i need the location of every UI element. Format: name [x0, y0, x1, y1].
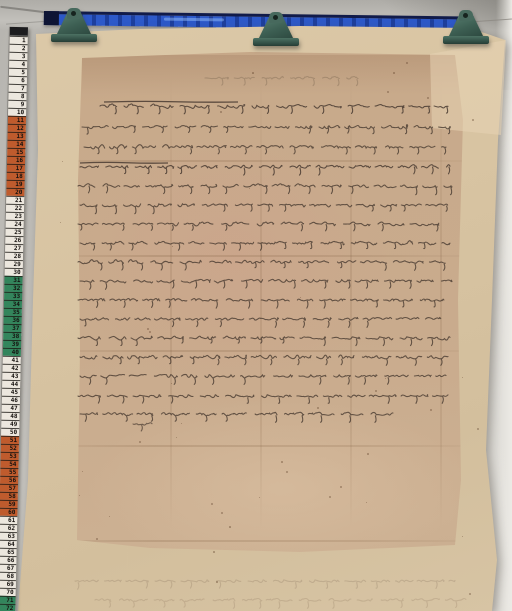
paper-speck [213, 551, 215, 553]
clip-jaw [51, 34, 97, 42]
paper-speck [317, 407, 319, 409]
paper-speck [229, 526, 231, 528]
clip-pivot-knob [459, 10, 473, 21]
vertical-crease [440, 55, 442, 550]
vertical-crease [350, 55, 352, 550]
photo-scene: 1234567891011121314151617181920212223242… [0, 0, 512, 611]
paper-speck [393, 72, 395, 74]
clip-pivot-knob [67, 8, 81, 19]
paper-speck [216, 581, 218, 583]
paper-speck [430, 409, 432, 411]
vertical-crease [170, 55, 172, 550]
binder-clip-left [51, 8, 97, 42]
vertical-crease [260, 55, 262, 550]
paper-speck [472, 119, 474, 121]
paper-speck [281, 461, 283, 463]
binder-clip-middle [253, 12, 299, 46]
paper-speck [60, 222, 61, 223]
clip-pivot-knob [269, 12, 283, 23]
ruler-unit-72: 72 [0, 604, 15, 611]
paper-speck [340, 486, 342, 488]
paper-speck [149, 331, 151, 333]
binder-clip-right [443, 10, 489, 44]
paper-speck [252, 72, 254, 74]
ruler-cap [10, 27, 28, 36]
fold-shadow [82, 55, 460, 95]
clip-jaw [253, 38, 299, 46]
paper-speck [367, 453, 369, 455]
clip-jaw [443, 36, 489, 44]
